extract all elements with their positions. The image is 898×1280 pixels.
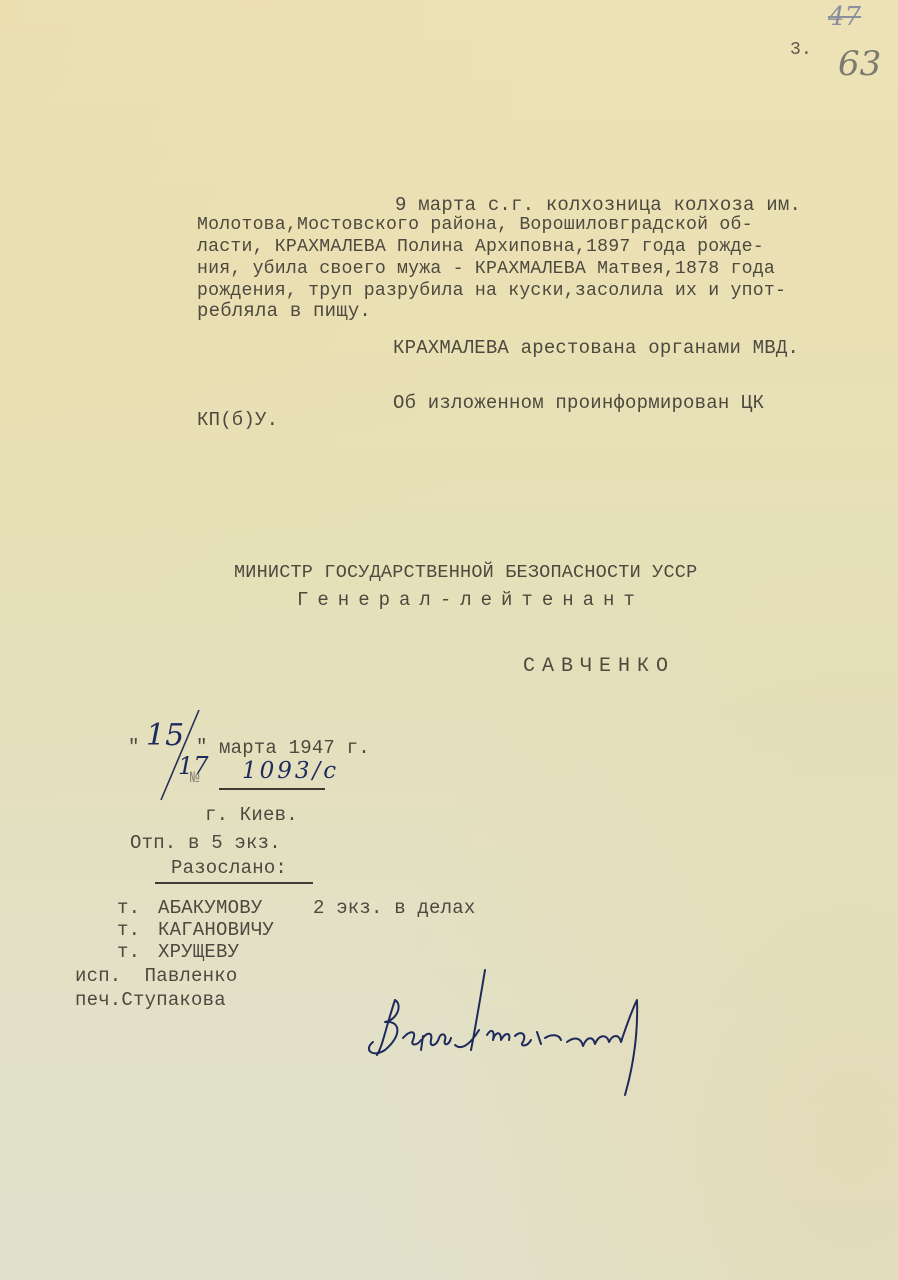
typed-page-number: 3. [790,40,812,60]
number-underline [219,788,325,790]
recipient-note: 2 экз. в делах [313,898,475,918]
sent-label: Разослано: [171,858,287,878]
body-line: ребляла в пищу. [197,301,371,321]
crossed-page-number: 47 [828,2,861,32]
city: г. Киев. [205,805,298,825]
recipient-prefix: т. [117,898,140,918]
handwritten-signature-icon [355,960,655,1100]
recipient-name: КАГАНОВИЧУ [158,920,274,940]
recipient-name: АБАКУМОВУ [158,898,262,918]
informed-line: Об изложенном проинформирован ЦК [393,393,764,413]
executor-line: исп. Павленко [75,966,237,986]
informed-line-cont: КП(б)У. [197,410,278,430]
recipient-name: ХРУЩЕВУ [158,942,239,962]
document-page: 3. 47 63 9 марта с.г. колхозница колхоза… [0,0,898,1280]
number-sign: № [190,768,200,788]
pencil-page-number: 63 [838,44,881,84]
recipient-prefix: т. [117,942,140,962]
sent-underline [155,882,313,884]
copies-count: Отп. в 5 экз. [130,833,281,853]
date-quote-close: " [196,737,208,757]
body-line: 9 марта с.г. колхозница колхоза им. [395,195,801,215]
body-line: рождения, труп разрубила на куски,засоли… [197,281,786,301]
body-line: ласти, КРАХМАЛЕВА Полина Архиповна,1897 … [197,237,764,257]
body-line: Молотова,Мостовского района, Ворошиловгр… [197,215,753,235]
recipient-prefix: т. [117,920,140,940]
minister-rank: Генерал-лейтенант [297,590,644,610]
handwritten-doc-number: 1093/с [242,758,339,784]
arrest-line: КРАХМАЛЕВА арестована органами МВД. [393,338,799,358]
date-quote-open: " [128,737,140,757]
date-month-year: марта 1947 г. [219,738,370,758]
minister-name: САВЧЕНКО [523,657,675,677]
body-line: ния, убила своего мужа - КРАХМАЛЕВА Матв… [197,259,775,279]
typist-line: печ.Ступакова [75,990,226,1010]
minister-title: МИНИСТР ГОСУДАРСТВЕННОЙ БЕЗОПАСНОСТИ УСС… [234,563,697,583]
